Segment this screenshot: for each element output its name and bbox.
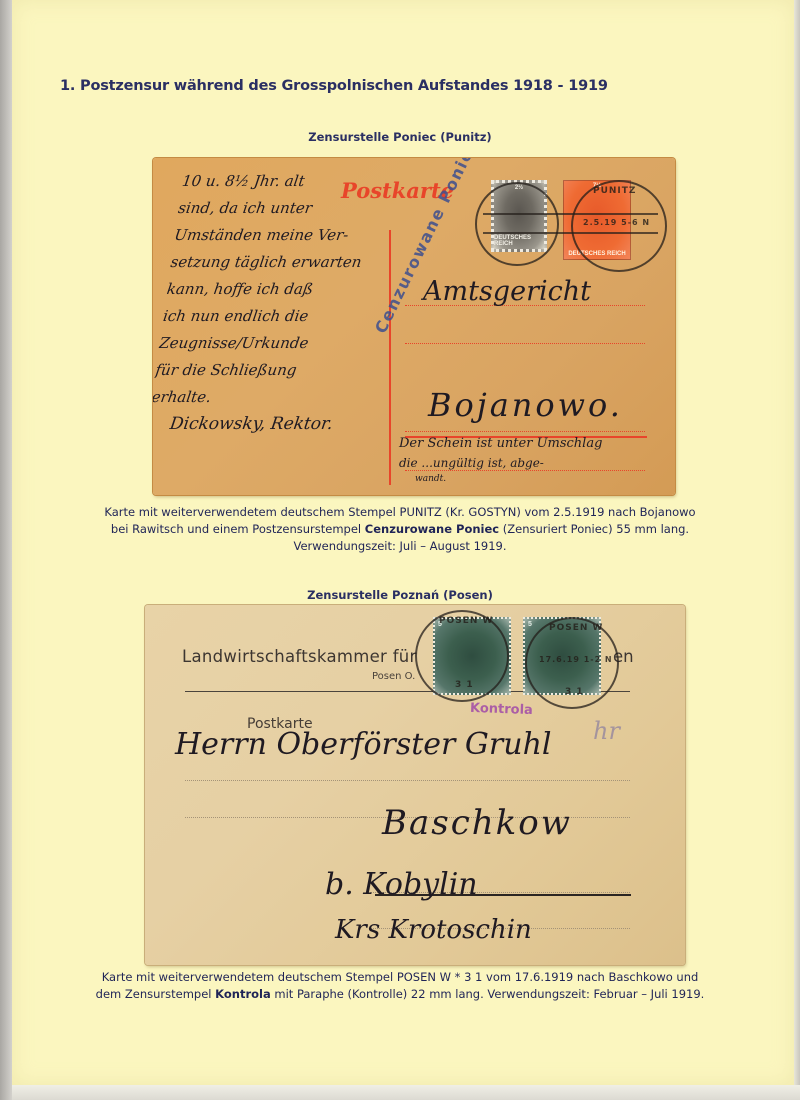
postmark-posen-2: POSEN W 17.6.19 1-2 N 3 1	[525, 617, 619, 709]
page-title: 1. Postzensur während des Grosspolnische…	[60, 78, 608, 94]
caption-text: (Zensuriert Poniec) 55 mm lang.	[499, 522, 689, 536]
section-heading-poznan: Zensurstelle Poznań (Posen)	[0, 588, 800, 602]
address-dotted-line	[185, 780, 630, 781]
note-line-1: Der Schein ist unter Umschlag	[399, 436, 602, 451]
message-line: ich nun endlich die	[161, 303, 390, 330]
postmark-circle-2: PUNITZ 2.5.19 5-6 N	[571, 180, 667, 272]
message-line: setzung täglich erwarten	[169, 249, 398, 276]
caption-text: bei Rawitsch und einem Postzensurstempel	[111, 522, 365, 536]
caption-text: dem Zensurstempel	[96, 987, 216, 1001]
message-signature: Dickowsky, Rektor.	[153, 411, 375, 438]
address-line-2: Bojanowo.	[428, 386, 623, 424]
postmark-lower: 3 1	[565, 687, 584, 697]
printed-sender-header: Landwirtschaftskammer für	[182, 647, 417, 666]
address-line-3: b. Kobylin	[325, 867, 478, 902]
address-dotted-line	[405, 431, 645, 432]
message-line: Zeugnisse/Urkunde	[157, 330, 386, 357]
caption-bold-stamp-name: Cenzurowane Poniec	[365, 522, 499, 536]
card-divider-line	[389, 230, 391, 485]
stamp-value: 5	[528, 621, 532, 628]
message-line: Umständen meine Ver-	[173, 222, 402, 249]
message-line: kann, hoffe ich daß	[165, 276, 394, 303]
postcard-posen: Landwirtschaftskammer für en Posen O. 5 …	[145, 605, 685, 965]
address-dotted-line	[405, 470, 645, 471]
address-dotted-line	[405, 343, 645, 344]
caption-line: bei Rawitsch und einem Postzensurstempel…	[0, 521, 800, 538]
postmark-town: PUNITZ	[593, 186, 636, 196]
pencil-paraph: hr	[593, 717, 620, 745]
message-line: für die Schließung	[154, 357, 383, 384]
caption-line: dem Zensurstempel Kontrola mit Paraphe (…	[0, 986, 800, 1003]
postmark-town: POSEN W	[549, 623, 603, 633]
printed-sender-city: Posen O.	[372, 671, 415, 682]
note-line-3: wandt.	[415, 474, 446, 484]
note-line-2: die ...ungültig ist, abge-	[399, 456, 544, 470]
postmark-posen-1: POSEN W 3 1	[415, 610, 509, 702]
message-line: erhalte.	[153, 384, 379, 411]
postmark-lower: 3 1	[455, 680, 474, 690]
handwritten-message: 10 u. 8½ Jhr. alt sind, da ich unter Ums…	[153, 168, 409, 438]
postmark-bar	[483, 232, 658, 234]
caption-text: mit Paraphe (Kontrolle) 22 mm lang. Verw…	[271, 987, 705, 1001]
address-line-1: Amtsgericht	[423, 276, 591, 307]
address-line-4: Krs Krotoschin	[335, 915, 532, 945]
section-heading-poniec: Zensurstelle Poniec (Punitz)	[0, 130, 800, 144]
caption-line: Verwendungszeit: Juli – August 1919.	[0, 538, 800, 555]
postmark-date: 17.6.19 1-2 N	[539, 655, 613, 664]
caption-bold-stamp-name: Kontrola	[215, 987, 271, 1001]
postmark-town: POSEN W	[439, 616, 493, 626]
caption-line: Karte mit weiterverwendetem deutschem St…	[0, 969, 800, 986]
caption-line: Karte mit weiterverwendetem deutschem St…	[0, 504, 800, 521]
postmark-circle-1	[475, 182, 559, 266]
postmark-date: 2.5.19 5-6 N	[583, 218, 650, 227]
postmark-bar	[483, 213, 658, 215]
album-page-edge-bottom	[12, 1085, 800, 1100]
caption-poznan: Karte mit weiterverwendetem deutschem St…	[0, 969, 800, 1003]
caption-poniec: Karte mit weiterverwendetem deutschem St…	[0, 504, 800, 555]
address-line-2: Baschkow	[382, 803, 572, 843]
postcard-punitz: 10 u. 8½ Jhr. alt sind, da ich unter Ums…	[153, 158, 675, 495]
censor-stamp-kontrola: Kontrola	[470, 701, 533, 718]
address-line-1: Herrn Oberförster Gruhl	[175, 727, 551, 762]
